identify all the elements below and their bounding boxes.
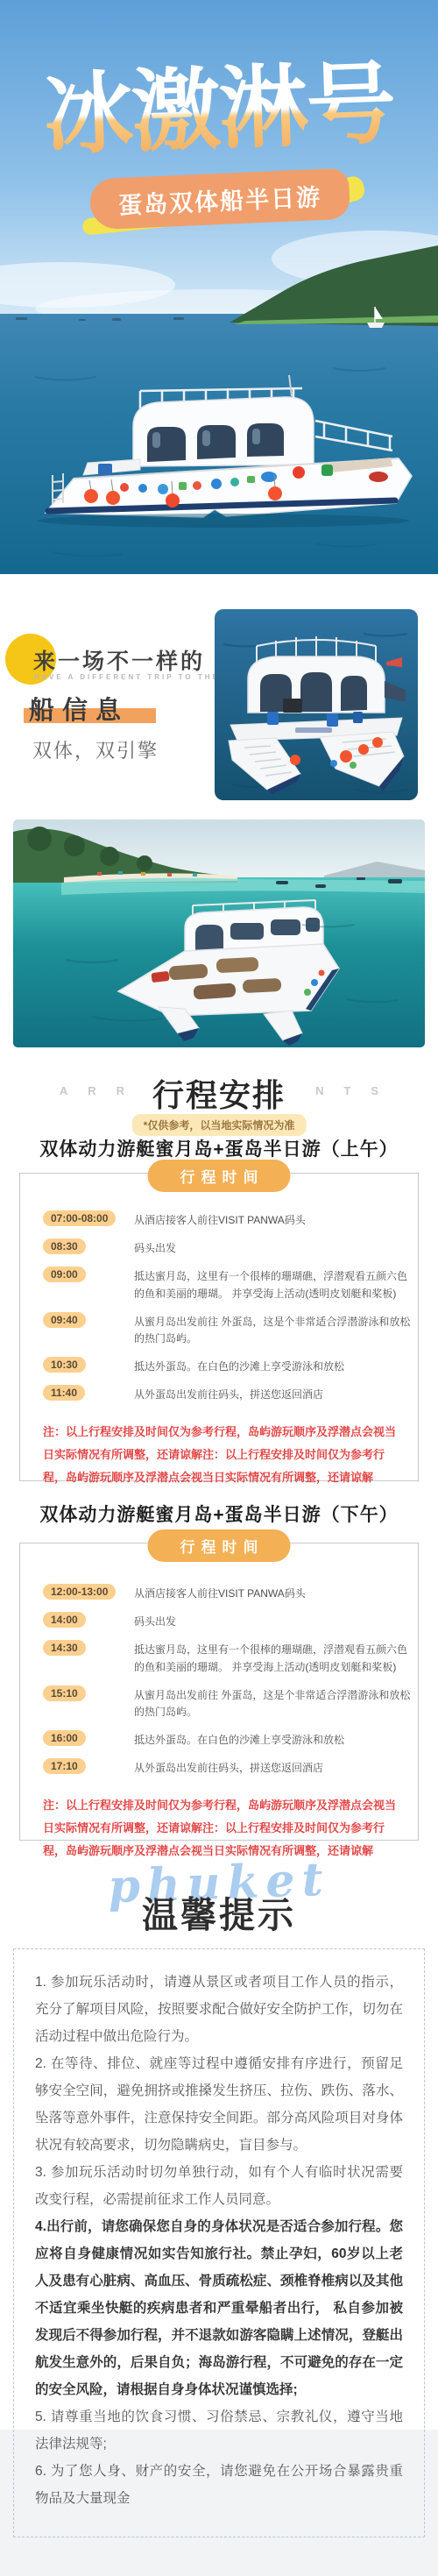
tip-paragraph: 4.出行前，请您确保您自身的身体状况是否适合参加行程。您应将自身健康情况如实告知… (35, 2213, 403, 2403)
time-badge: 17:10 (43, 1758, 86, 1774)
schedule-row-text: 从蜜月岛出发前往 外蛋岛，这是个非常适合浮潜游泳和放松的热门岛屿。 (134, 1312, 416, 1347)
schedule-row: 11:40 从外蛋岛出发前往码头，拼送您返回酒店 (43, 1385, 418, 1403)
tip-paragraph: 5. 请尊重当地的饮食习惯、习俗禁忌、宗教礼仪，遵守当地法律法规等; (35, 2403, 403, 2458)
schedule-row-text: 码头出发 (134, 1612, 416, 1630)
tip-paragraph: 3. 参加玩乐活动时切勿单独行动，如有个人有临时状况需要改变行程，必需提前征求工… (35, 2159, 403, 2213)
time-badge: 14:30 (43, 1640, 86, 1656)
schedule-row: 15:10 从蜜月岛出发前往 外蛋岛，这是个非常适合浮潜游泳和放松的热门岛屿。 (43, 1685, 418, 1721)
schedule-row-text: 抵达蜜月岛，这里有一个很棒的珊瑚礁，浮潜观看五颜六色的鱼和美丽的珊瑚。 并享受海… (134, 1267, 416, 1302)
time-badge: 09:00 (43, 1267, 86, 1282)
time-badge: 07:00-08:00 (43, 1210, 116, 1226)
banner-orange-brush: 蛋岛双体船半日游 (89, 168, 350, 231)
boat-info-title: 船信息 (29, 691, 129, 727)
morning-schedule-rows: 07:00-08:00 从酒店接客人前往VISIT PANWA码头 08:30 … (20, 1174, 418, 1414)
schedule-row-text: 抵达蜜月岛，这里有一个很棒的珊瑚礁，浮潜观看五颜六色的鱼和美丽的珊瑚。 并享受海… (134, 1640, 416, 1675)
tour-promo-page: 冰激淋号 蛋岛双体船半日游 来一场不一样的 HAVE A DIFFERENT T… (0, 0, 438, 2576)
schedule-row: 12:00-13:00 从酒店接客人前往VISIT PANWA码头 (43, 1584, 418, 1602)
schedule-row: 10:30 抵达外蛋岛。在白色的沙滩上享受游泳和放松 (43, 1357, 418, 1375)
schedule-row-text: 从酒店接客人前往VISIT PANWA码头 (134, 1210, 416, 1229)
time-badge: 08:30 (43, 1238, 86, 1254)
time-badge: 14:00 (43, 1612, 86, 1628)
time-badge: 16:00 (43, 1730, 86, 1746)
schedule-row-text: 抵达外蛋岛。在白色的沙滩上享受游泳和放松 (134, 1730, 416, 1749)
afternoon-schedule-rows: 12:00-13:00 从酒店接客人前往VISIT PANWA码头 14:00 … (20, 1543, 418, 1787)
morning-tour-title: 双体动力游艇蜜月岛+蛋岛半日游（上午） (0, 1135, 438, 1161)
schedule-disclaimer: 注：以上行程安排及时间仅为参考行程，岛屿游玩顺序及浮潜点会视当日实际情况有所调整… (43, 1421, 397, 1489)
time-badge: 12:00-13:00 (43, 1584, 116, 1600)
reference-note-pill: *仅供参考，以当地实际情况为准 (132, 1114, 307, 1136)
boat-stern-illustration (215, 609, 418, 800)
boat-info-heading-wrap: 船信息 (24, 691, 199, 727)
boat-info-subtitle: 双体，双引擎 (32, 736, 159, 763)
tip-paragraph: 2. 在等待、排位、就座等过程中遵循安排有序进行，预留足够安全空间，避免拥挤或推… (35, 2050, 403, 2159)
tip-paragraph: 6. 为了您人身、财产的安全，请您避免在公开场合暴露贵重物品及大量现金 (35, 2458, 403, 2512)
schedule-row-text: 从酒店接客人前往VISIT PANWA码头 (134, 1584, 416, 1602)
time-badge: 11:40 (43, 1385, 85, 1401)
itinerary-heading: 行程安排 (0, 1071, 438, 1116)
afternoon-tour-title: 双体动力游艇蜜月岛+蛋岛半日游（下午） (0, 1501, 438, 1527)
tip-paragraph: 1. 参加玩乐活动时，请遵从景区或者项目工作人员的指示，充分了解项目风险，按照要… (35, 1969, 403, 2050)
schedule-row-text: 抵达外蛋岛。在白色的沙滩上享受游泳和放松 (134, 1357, 416, 1375)
schedule-row: 09:40 从蜜月岛出发前往 外蛋岛，这是个非常适合浮潜游泳和放松的热门岛屿。 (43, 1312, 418, 1347)
hero-photo: 冰激淋号 蛋岛双体船半日游 (0, 0, 438, 574)
schedule-time-pill: 行程时间 (148, 1529, 291, 1562)
schedule-row: 08:30 码头出发 (43, 1238, 418, 1257)
schedule-row: 14:00 码头出发 (43, 1612, 418, 1630)
schedule-time-pill: 行程时间 (148, 1160, 291, 1192)
hero-title: 冰激淋号 (0, 46, 438, 174)
hero-subtitle: 蛋岛双体船半日游 (117, 177, 321, 220)
tips-title: 温馨提示 (0, 1886, 438, 1938)
schedule-row: 16:00 抵达外蛋岛。在白色的沙滩上享受游泳和放松 (43, 1730, 418, 1749)
time-badge: 15:10 (43, 1685, 86, 1701)
tips-box: 1. 参加玩乐活动时，请遵从景区或者项目工作人员的指示，充分了解项目风险，按照要… (13, 1948, 425, 2537)
afternoon-schedule-box: 行程时间 12:00-13:00 从酒店接客人前往VISIT PANWA码头 1… (19, 1543, 419, 1841)
island-beach-illustration (13, 820, 425, 1047)
intro-heading: 来一场不一样的 (33, 644, 205, 676)
schedule-row: 14:30 抵达蜜月岛，这里有一个很棒的珊瑚礁，浮潜观看五颜六色的鱼和美丽的珊瑚… (43, 1640, 418, 1675)
boat-stern-photo (215, 609, 418, 800)
schedule-row: 09:00 抵达蜜月岛，这里有一个很棒的珊瑚礁，浮潜观看五颜六色的鱼和美丽的珊瑚… (43, 1267, 418, 1302)
schedule-row-text: 从外蛋岛出发前往码头，拼送您返回酒店 (134, 1758, 416, 1777)
schedule-row-text: 从蜜月岛出发前往 外蛋岛，这是个非常适合浮潜游泳和放松的热门岛屿。 (134, 1685, 416, 1721)
morning-schedule-box: 行程时间 07:00-08:00 从酒店接客人前往VISIT PANWA码头 0… (19, 1173, 419, 1481)
schedule-row-text: 从外蛋岛出发前往码头，拼送您返回酒店 (134, 1385, 416, 1403)
hero-subtitle-banner: 蛋岛双体船半日游 (0, 174, 438, 237)
schedule-row-text: 码头出发 (134, 1238, 416, 1257)
schedule-row: 07:00-08:00 从酒店接客人前往VISIT PANWA码头 (43, 1210, 418, 1229)
time-badge: 10:30 (43, 1357, 86, 1373)
island-beach-photo (13, 820, 425, 1047)
schedule-row: 17:10 从外蛋岛出发前往码头，拼送您返回酒店 (43, 1758, 418, 1777)
time-badge: 09:40 (43, 1312, 86, 1328)
